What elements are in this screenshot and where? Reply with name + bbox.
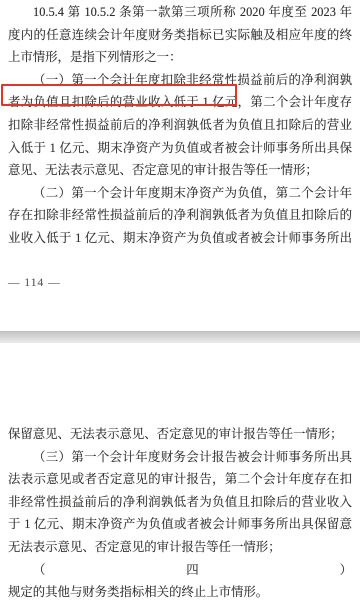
- text-line: 业收入低于 1 亿元、期末净资产为负值或者被会计师事务所出具: [8, 227, 352, 250]
- text-line: 意见、无法表示意见、否定意见的审计报告等任一情形；: [8, 159, 352, 182]
- text-line: 保留意见、无法表示意见、否定意见的审计报告等任一情形；: [8, 423, 352, 446]
- page-number: — 114 —: [8, 276, 61, 291]
- text-segment: （四）: [33, 563, 352, 577]
- text-line: 于 1 亿元、期末净资产为负值或者被会计师事务所出具保留意见、: [8, 513, 352, 536]
- text-line: 上市情形，是指下列情形之一：: [8, 46, 352, 69]
- text-line: （二）第一个会计年度期末净资产为负值，第二个会计年度: [8, 182, 352, 205]
- text-line: （三）第一个会计年度财务会计报告被会计师事务所出具无: [8, 446, 352, 469]
- text-line: （一）第一个会计年度扣除非经常性损益前后的净利润孰低: [8, 69, 352, 92]
- text-line: 法表示意见或者否定意见的审计报告，第二个会计年度存在扣除: [8, 468, 352, 491]
- text-line: 度内的任意连续会计年度财务类指标已实际触及相应年度的终止: [8, 24, 352, 47]
- text-line: 规定的其他与财务类指标相关的终止上市情形。: [8, 581, 352, 600]
- text-line: 扣除非经常性损益前后的净利润孰低者为负值且扣除后的营业收: [8, 114, 352, 137]
- text-line: 存在扣除非经常性损益前后的净利润孰低者为负值且扣除后的营: [8, 204, 352, 227]
- page-114-text: 10.5.4 第 10.5.2 条第一款第三项所称 2020 年度至 2023 …: [8, 1, 352, 250]
- text-line: 者为负值且扣除后的营业收入低于 1 亿元，第二个会计年度存在: [8, 91, 352, 114]
- document-page-view: 10.5.4 第 10.5.2 条第一款第三项所称 2020 年度至 2023 …: [0, 0, 360, 600]
- text-line: 无法表示意见、否定意见的审计报告等任一情形；: [8, 536, 352, 559]
- page-break-separator: [0, 331, 360, 343]
- text-line: （四）相应年度的《深圳证券交易所创业板股票上市规则》: [8, 559, 352, 582]
- text-line: 入低于 1 亿元、期末净资产为负值或者被会计师事务所出具保留: [8, 137, 352, 160]
- text-line: 10.5.4 第 10.5.2 条第一款第三项所称 2020 年度至 2023 …: [8, 1, 352, 24]
- page-115-text: 保留意见、无法表示意见、否定意见的审计报告等任一情形；（三）第一个会计年度财务会…: [8, 423, 352, 600]
- text-line: 非经常性损益前后的净利润孰低者为负值且扣除后的营业收入低: [8, 491, 352, 514]
